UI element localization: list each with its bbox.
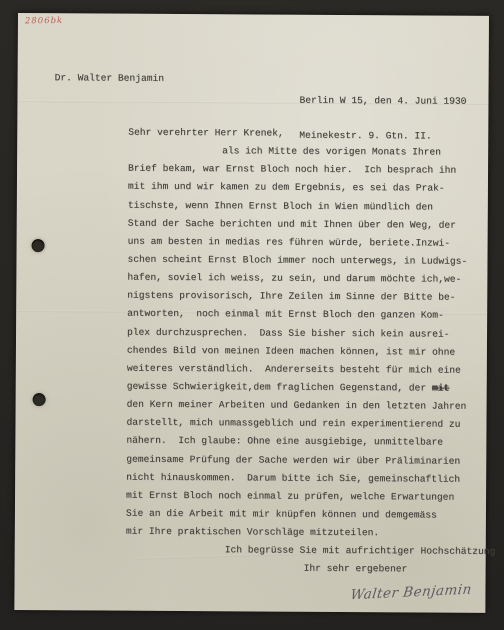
body-line: mir Ihre praktischen Vorschläge mitzutei… [126, 523, 478, 543]
punch-hole-bottom [33, 393, 46, 406]
body-line: uns am besten in medias res führen würde… [128, 233, 480, 253]
letter-body: Sehr verehrter Herr Krenek, als ich Mitt… [126, 124, 481, 580]
closing-line: Ich begrüsse Sie mit aufrichtiger Hochsc… [126, 541, 478, 561]
body-line: chendes Bild von meinen Ideen machen kön… [127, 341, 479, 361]
punch-hole-top [32, 239, 45, 252]
body-line: Brief bekam, war Ernst Bloch noch hier. … [128, 160, 480, 180]
letter-paper: 2806bk Dr. Walter Benjamin Berlin W 15, … [14, 13, 489, 613]
body-line: mit ihm und wir kamen zu dem Ergebnis, e… [128, 178, 480, 198]
body-line: nicht hinauskommen. Darum bitte ich Sie,… [126, 468, 478, 488]
body-line: plex durchzusprechen. Dass Sie bisher si… [127, 323, 479, 343]
body-line: weiteres verständlich. Andererseits best… [127, 359, 479, 379]
body-line: den Kern meiner Arbeiten und Gedanken in… [127, 396, 479, 416]
body-lines: als ich Mitte des vorigen Monats IhrenBr… [126, 142, 480, 543]
body-line: Stand der Sache berichten und mit Ihnen … [128, 214, 480, 234]
body-line: mit Ernst Bloch noch einmal zu prüfen, w… [126, 486, 478, 506]
signature: Walter Benjamin [349, 582, 472, 604]
body-line: gemeinsame Prüfung der Sache werden wir … [126, 450, 478, 470]
body-line: darstellt, mich unmassgeblich und rein e… [126, 414, 478, 434]
valediction-line: Ihr sehr ergebener [126, 559, 478, 579]
body-line: hafen, soviel ich weiss, zu sein, und da… [127, 269, 479, 289]
body-line: nähern. Ich glaube: Ohne eine ausgiebige… [126, 432, 478, 452]
body-line: als ich Mitte des vorigen Monats Ihren [128, 142, 480, 162]
body-line: antworten, noch einmal mit Ernst Bloch d… [127, 305, 479, 325]
body-line: Sie an die Arbeit mit mir knüpfen können… [126, 505, 478, 525]
body-line: tischste, wenn Ihnen Ernst Bloch in Wien… [128, 196, 480, 216]
place-date-line: Berlin W 15, den 4. Juni 1930 [299, 95, 466, 108]
struck-word: mit [432, 383, 449, 394]
sender-name: Dr. Walter Benjamin [55, 72, 164, 84]
scan-background: 2806bk Dr. Walter Benjamin Berlin W 15, … [0, 0, 504, 630]
salutation: Sehr verehrter Herr Krenek, [128, 124, 480, 144]
body-line: schen scheint Ernst Bloch immer noch unt… [127, 251, 479, 271]
archive-number: 2806bk [25, 16, 63, 26]
body-line: gewisse Schwierigkeit,dem fraglichen Geg… [127, 378, 479, 398]
body-line: nigstens provisorisch, Ihre Zeilen im Si… [127, 287, 479, 307]
